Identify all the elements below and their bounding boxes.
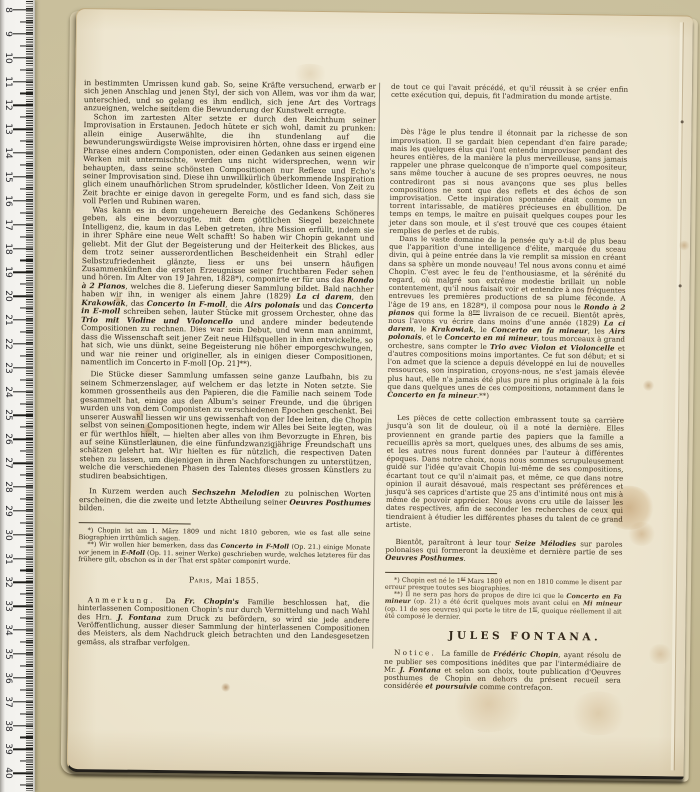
ruler-number: 27 xyxy=(3,456,13,470)
cm-tick xyxy=(13,129,33,130)
ruler-number: 10 xyxy=(3,51,13,65)
ruler-number: 12 xyxy=(3,98,13,112)
cm-tick xyxy=(13,558,33,559)
cm-tick xyxy=(13,367,33,368)
half-cm-tick xyxy=(20,498,33,499)
annotation: Anmerkung. Da Fr. Chopin's Familie besch… xyxy=(77,596,370,649)
stain xyxy=(642,380,654,391)
notice: Notice. La famille de Frédéric Chopin, a… xyxy=(384,649,621,693)
paragraph: in bestimmten Umrissen kund gab. So, sei… xyxy=(84,79,376,116)
half-cm-tick xyxy=(20,21,33,22)
paper-speck xyxy=(679,284,682,287)
ruler-number: 36 xyxy=(3,671,13,685)
half-cm-tick xyxy=(20,69,33,70)
half-cm-tick xyxy=(20,164,33,165)
scanner-bed: { "ruler": { "numbers": [8,9,10,11,12,13… xyxy=(0,0,700,792)
ruler-number: 40 xyxy=(3,766,13,780)
half-cm-tick xyxy=(20,379,33,380)
half-cm-tick xyxy=(20,665,33,666)
half-cm-tick xyxy=(20,761,33,762)
cm-tick xyxy=(13,629,33,630)
cm-tick xyxy=(13,9,33,10)
cm-tick xyxy=(13,200,33,201)
half-cm-tick xyxy=(20,641,33,642)
ruler-number: 35 xyxy=(3,647,13,661)
cm-tick xyxy=(13,391,33,392)
cm-tick xyxy=(13,772,33,773)
cm-tick xyxy=(13,462,33,463)
half-cm-tick xyxy=(20,284,33,285)
paragraph: Dès l'âge le plus tendre il étonnait par… xyxy=(389,128,627,238)
ruler-number: 29 xyxy=(3,504,13,518)
footnote: **) Wir wollen hier bemerken, dass das C… xyxy=(78,541,370,566)
ruler-number: 22 xyxy=(3,337,13,351)
left-footnotes: *) Chopin ist am 1. März 1809 und nicht … xyxy=(78,527,370,567)
half-cm-tick xyxy=(20,141,33,142)
cm-tick xyxy=(13,248,33,249)
half-cm-tick xyxy=(20,737,33,738)
ruler-number: 30 xyxy=(3,528,13,542)
footnote-rule xyxy=(385,571,497,573)
ruler-number: 34 xyxy=(3,623,13,637)
ruler-number: 9 xyxy=(3,27,13,41)
half-cm-tick xyxy=(20,236,33,237)
signature: JULES FONTANA. xyxy=(428,630,621,644)
half-cm-tick xyxy=(20,308,33,309)
ruler-number: 20 xyxy=(3,289,13,303)
ruler-number: 14 xyxy=(3,146,13,160)
cm-tick xyxy=(13,582,33,583)
half-cm-tick xyxy=(20,618,33,619)
cm-tick xyxy=(13,606,33,607)
footnote-rule xyxy=(79,522,191,524)
cm-tick xyxy=(13,343,33,344)
half-cm-tick xyxy=(20,713,33,714)
paragraph: In Kurzem werden auch Sechszehn Melodien… xyxy=(79,487,371,516)
ruler-number: 15 xyxy=(3,170,13,184)
ruler-number: 21 xyxy=(3,313,13,327)
right-footnotes: *) Chopin est né le 1er Mars 1809 et non… xyxy=(385,576,623,623)
paragraph: Die Stücke dieser Sammlung umfassen sein… xyxy=(79,370,372,483)
half-cm-tick xyxy=(20,188,33,189)
half-cm-tick xyxy=(20,212,33,213)
ruler-mm-ticks xyxy=(26,1,33,792)
ruler-number: 13 xyxy=(3,122,13,136)
cm-tick xyxy=(13,653,33,654)
ruler-number: 32 xyxy=(3,575,13,589)
ruler-number: 11 xyxy=(3,75,13,89)
ruler: 8910111213141516171819202122232425262728… xyxy=(0,0,35,792)
cm-tick xyxy=(13,176,33,177)
footnote: **) Il ne sera pas hors de propos de dir… xyxy=(385,591,622,623)
half-cm-tick xyxy=(20,570,33,571)
cm-tick xyxy=(13,295,33,296)
left-paragraphs: in bestimmten Umrissen kund gab. So, sei… xyxy=(79,79,376,516)
half-cm-tick xyxy=(20,594,33,595)
paragraph: Schon im zartesten Alter setzte er durch… xyxy=(83,113,376,210)
text-columns: in bestimmten Umrissen kund gab. So, sei… xyxy=(77,79,636,700)
half-cm-tick xyxy=(20,45,33,46)
ruler-number: 37 xyxy=(3,695,13,709)
paragraph: Was kann es in dem ungeheuern Bereiche d… xyxy=(81,206,375,370)
paragraph: Dans le vaste domaine de la pensée qu'y … xyxy=(387,235,626,402)
cm-tick xyxy=(13,701,33,702)
cm-tick xyxy=(13,510,33,511)
cm-tick xyxy=(13,415,33,416)
ruler-number: 17 xyxy=(3,218,13,232)
annotation-text: Da Fr. Chopin's Familie beschlossen hat,… xyxy=(77,596,370,647)
ruler-number: 16 xyxy=(3,194,13,208)
cm-tick xyxy=(13,677,33,678)
right-column-french: de tout ce qui l'avait précédé, et qu'il… xyxy=(384,83,628,700)
cm-tick xyxy=(13,152,33,153)
half-cm-tick xyxy=(20,331,33,332)
cm-tick xyxy=(13,57,33,58)
half-cm-tick xyxy=(20,117,33,118)
cm-tick xyxy=(13,81,33,82)
cm-tick xyxy=(13,486,33,487)
paragraph: de tout ce qui l'avait précédé, et qu'il… xyxy=(391,83,628,102)
half-cm-tick xyxy=(20,785,33,786)
half-cm-tick xyxy=(20,93,33,94)
ruler-number: 26 xyxy=(3,432,13,446)
dateline: Paris, Mai 1855. xyxy=(78,574,370,587)
half-cm-tick xyxy=(20,403,33,404)
stain xyxy=(647,644,673,664)
half-cm-tick xyxy=(20,522,33,523)
cm-tick xyxy=(13,319,33,320)
paragraph: Les pièces de cette collection embrassen… xyxy=(386,414,624,532)
ruler-number: 25 xyxy=(3,408,13,422)
ruler-number: 23 xyxy=(3,361,13,375)
stain xyxy=(626,522,656,546)
ruler-number: 33 xyxy=(3,599,13,613)
half-cm-tick xyxy=(20,427,33,428)
cm-tick xyxy=(13,725,33,726)
cm-tick xyxy=(13,105,33,106)
cm-tick xyxy=(13,534,33,535)
ruler-number: 19 xyxy=(3,265,13,279)
ruler-number: 24 xyxy=(3,385,13,399)
half-cm-tick xyxy=(20,451,33,452)
paper-speck xyxy=(681,120,684,123)
paragraph: Bientôt, paraîtront à leur tour Seize Mé… xyxy=(385,538,622,566)
ruler-number: 18 xyxy=(3,242,13,256)
cm-tick xyxy=(13,224,33,225)
left-column-german: in bestimmten Umrissen kund gab. So, sei… xyxy=(77,79,376,697)
half-cm-tick xyxy=(20,260,33,261)
half-cm-tick xyxy=(20,475,33,476)
cm-tick xyxy=(13,272,33,273)
ruler-number: 38 xyxy=(3,719,13,733)
ruler-number: 31 xyxy=(3,552,13,566)
ruler-number: 8 xyxy=(3,3,13,17)
half-cm-tick xyxy=(20,689,33,690)
ruler-number: 28 xyxy=(3,480,13,494)
document-page: in bestimmten Umrissen kund gab. So, sei… xyxy=(67,8,693,779)
half-cm-tick xyxy=(20,546,33,547)
cm-tick xyxy=(13,439,33,440)
half-cm-tick xyxy=(20,355,33,356)
ruler-number: 39 xyxy=(3,742,13,756)
right-paragraphs: de tout ce qui l'avait précédé, et qu'il… xyxy=(385,83,628,565)
cm-tick xyxy=(13,33,33,34)
cm-tick xyxy=(13,749,33,750)
